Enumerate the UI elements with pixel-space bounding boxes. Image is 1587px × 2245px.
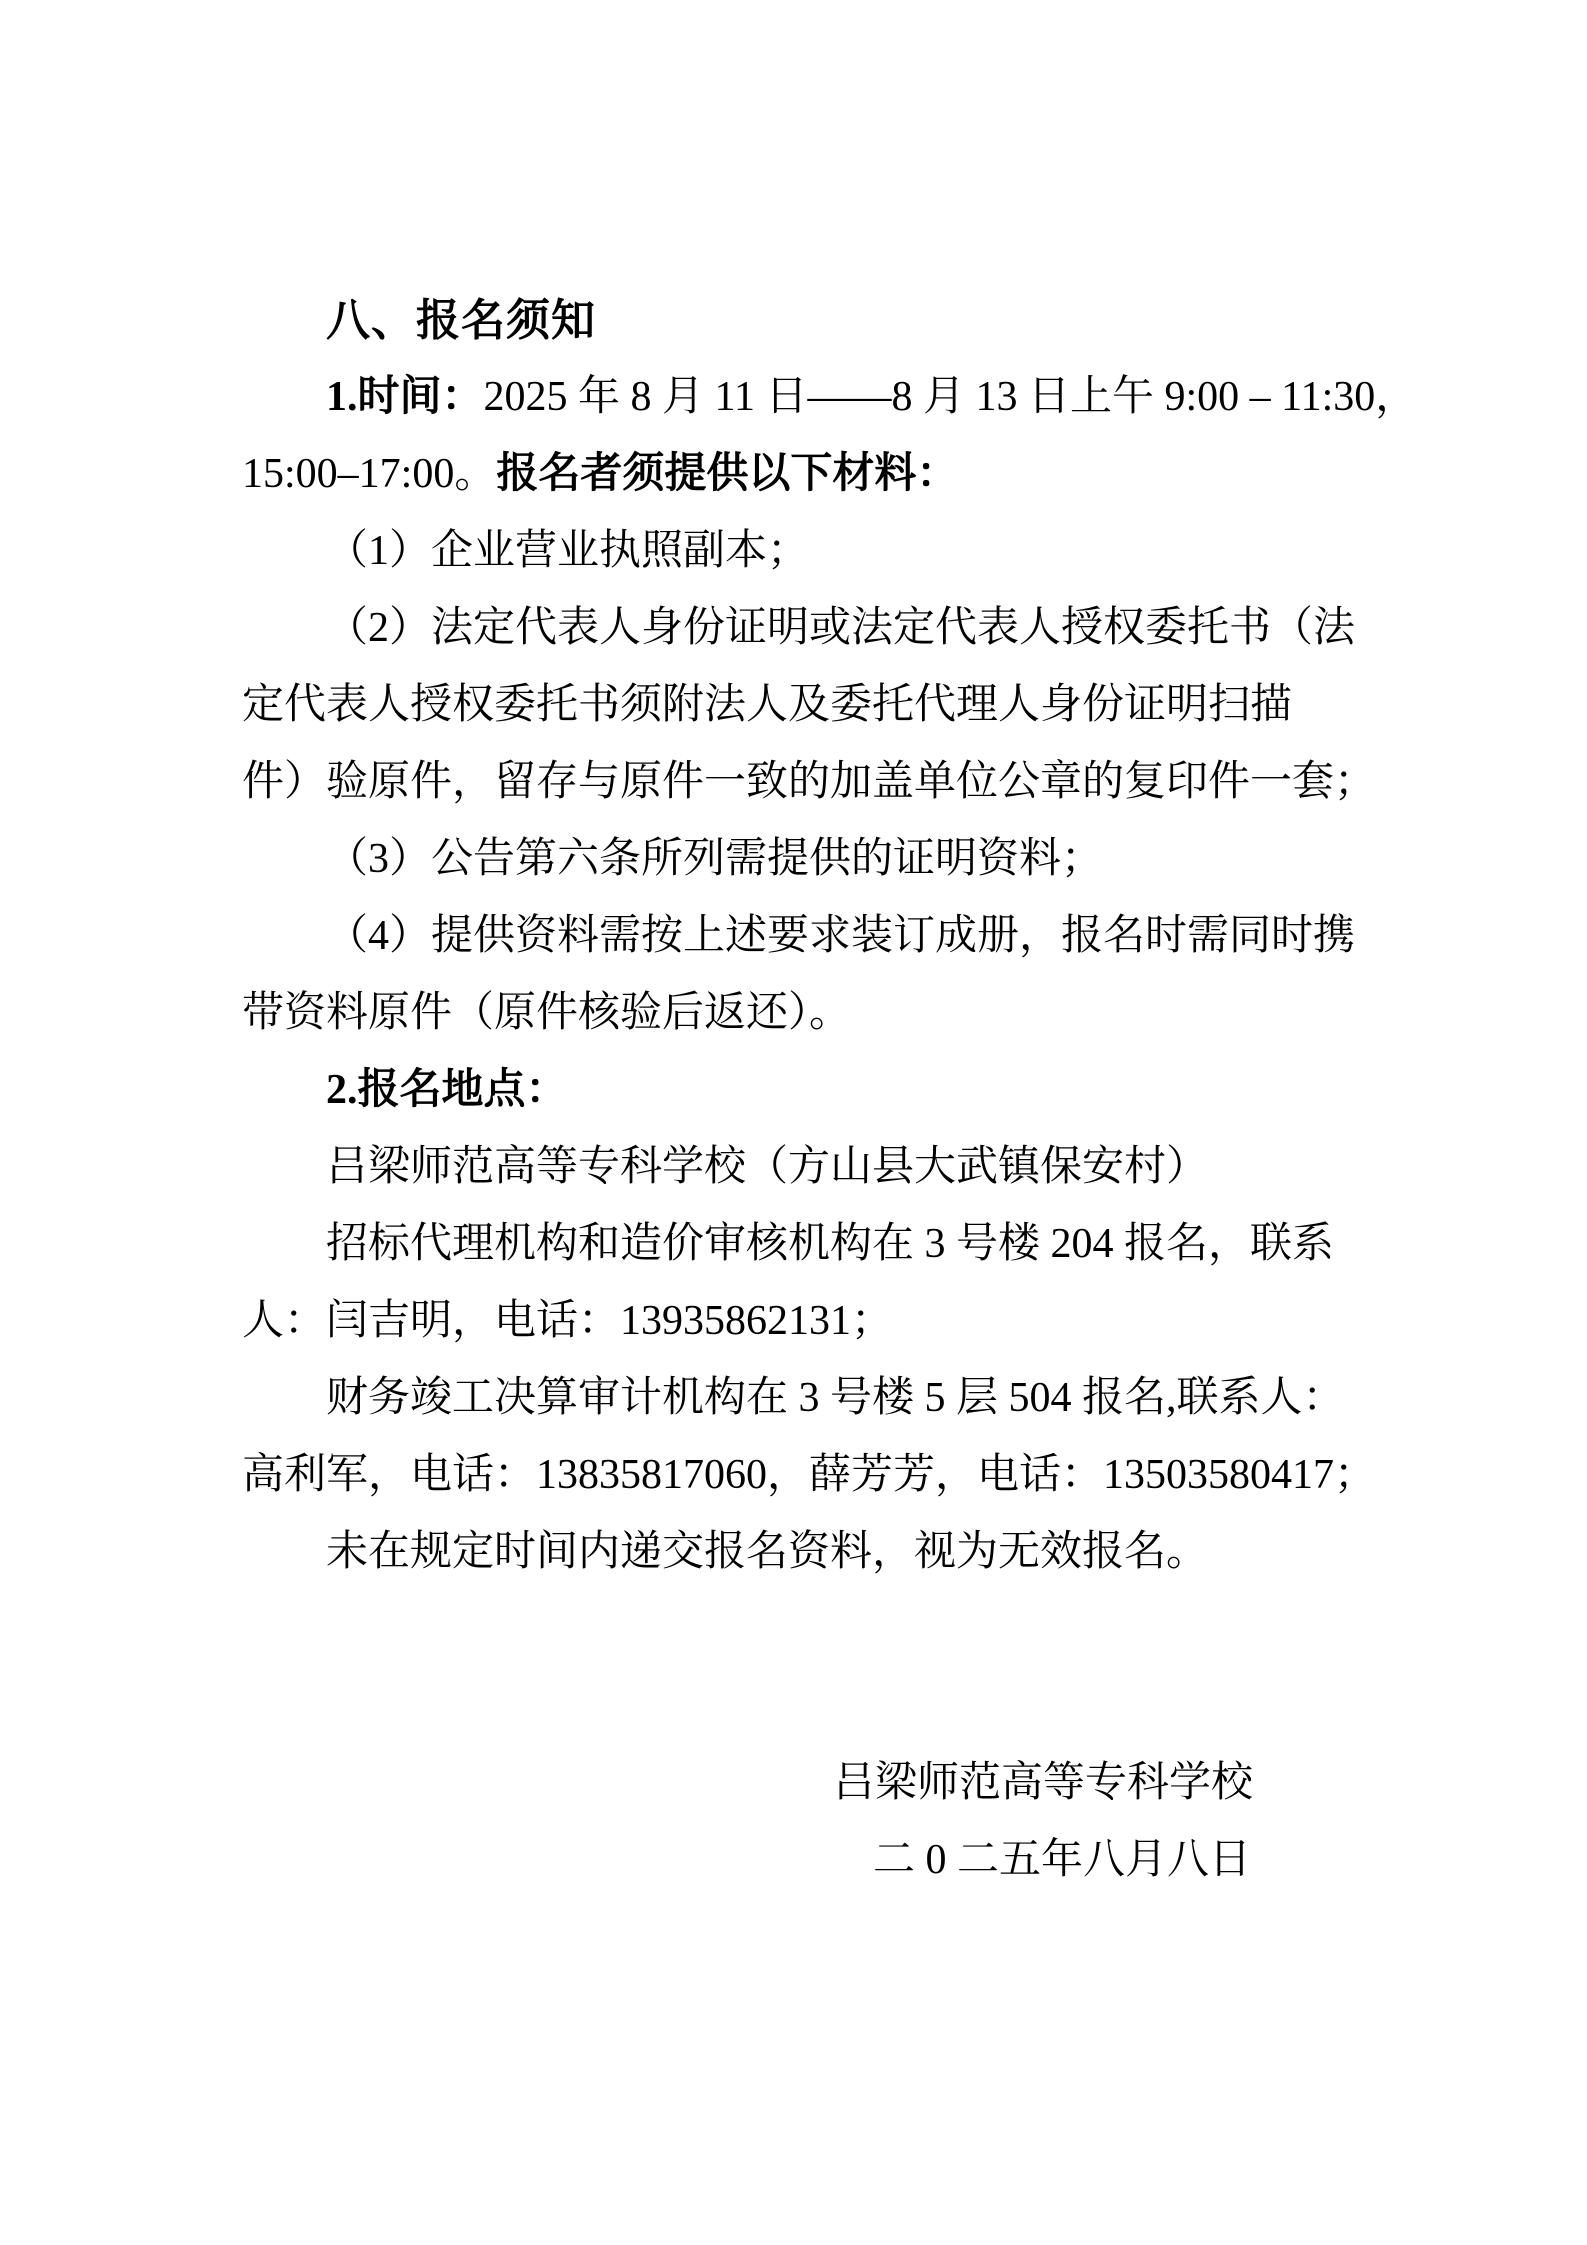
line-item-4b: 带资料原件（原件核验后返还）。 (242, 975, 1346, 1052)
item-4-text-b: 带资料原件（原件核验后返还）。 (242, 990, 851, 1036)
signature-date: 二 0 二五年八月八日 (242, 1822, 1346, 1899)
item-2-text-c: 件）验原件，留存与原件一致的加盖单位公章的复印件一套； (242, 759, 1376, 805)
audit-contact-text-b: 高利军，电话：13835817060，薛芳芳，电话：13503580417； (242, 1452, 1376, 1498)
line-location-label: 2.报名地点： (242, 1052, 1346, 1129)
time-label: 1.时间： (326, 374, 484, 420)
line-item-4a: （4）提供资料需按上述要求装订成册，报名时需同时携 (242, 898, 1346, 975)
section-heading: 八、报名须知 (242, 282, 1346, 359)
location-school-text: 吕梁师范高等专科学校（方山县大武镇保安村） (326, 1144, 1208, 1190)
line-time-2: 15:00–17:00。报名者须提供以下材料： (242, 436, 1346, 513)
location-label: 2.报名地点： (326, 1067, 568, 1113)
blank-line (242, 1591, 1346, 1668)
agency-contact-text-b: 人：闫吉明，电话：13935862131； (242, 1298, 893, 1344)
document-content: 八、报名须知 1.时间：2025 年 8 月 11 日——8 月 13 日上午 … (242, 282, 1346, 1899)
agency-contact-text-a: 招标代理机构和造价审核机构在 3 号楼 204 报名，联系 (326, 1221, 1334, 1267)
document-page: 八、报名须知 1.时间：2025 年 8 月 11 日——8 月 13 日上午 … (0, 0, 1587, 2245)
line-item-1: （1）企业营业执照副本； (242, 513, 1346, 590)
time-value-continued: 15:00–17:00。 (242, 451, 496, 497)
signature-organization: 吕梁师范高等专科学校 (242, 1745, 1346, 1822)
line-item-2b: 定代表人授权委托书须附法人及委托代理人身份证明扫描 (242, 667, 1346, 744)
signature-date-text: 二 0 二五年八月八日 (873, 1837, 1251, 1883)
audit-contact-text-a: 财务竣工决算审计机构在 3 号楼 5 层 504 报名,联系人： (326, 1375, 1345, 1421)
item-1-text: （1）企业营业执照副本； (326, 528, 809, 574)
item-2-text-a: （2）法定代表人身份证明或法定代表人授权委托书（法 (326, 605, 1355, 651)
line-item-3: （3）公告第六条所列需提供的证明资料； (242, 821, 1346, 898)
signature-organization-text: 吕梁师范高等专科学校 (833, 1760, 1253, 1806)
materials-label: 报名者须提供以下材料： (496, 451, 958, 497)
section-heading-text: 八、报名须知 (326, 296, 596, 345)
deadline-note-text: 未在规定时间内递交报名资料，视为无效报名。 (326, 1529, 1208, 1575)
line-audit-contact-2: 高利军，电话：13835817060，薛芳芳，电话：13503580417； (242, 1437, 1346, 1514)
line-location-school: 吕梁师范高等专科学校（方山县大武镇保安村） (242, 1129, 1346, 1206)
time-value: 2025 年 8 月 11 日——8 月 13 日上午 9:00 – 11:30… (484, 374, 1418, 420)
line-deadline-note: 未在规定时间内递交报名资料，视为无效报名。 (242, 1514, 1346, 1591)
blank-line (242, 1668, 1346, 1745)
line-agency-contact-1: 招标代理机构和造价审核机构在 3 号楼 204 报名，联系 (242, 1206, 1346, 1283)
line-item-2c: 件）验原件，留存与原件一致的加盖单位公章的复印件一套； (242, 744, 1346, 821)
line-audit-contact-1: 财务竣工决算审计机构在 3 号楼 5 层 504 报名,联系人： (242, 1360, 1346, 1437)
item-3-text: （3）公告第六条所列需提供的证明资料； (326, 836, 1103, 882)
line-agency-contact-2: 人：闫吉明，电话：13935862131； (242, 1283, 1346, 1360)
item-4-text-a: （4）提供资料需按上述要求装订成册，报名时需同时携 (326, 913, 1355, 959)
line-item-2a: （2）法定代表人身份证明或法定代表人授权委托书（法 (242, 590, 1346, 667)
item-2-text-b: 定代表人授权委托书须附法人及委托代理人身份证明扫描 (242, 682, 1292, 728)
line-time-1: 1.时间：2025 年 8 月 11 日——8 月 13 日上午 9:00 – … (242, 359, 1346, 436)
